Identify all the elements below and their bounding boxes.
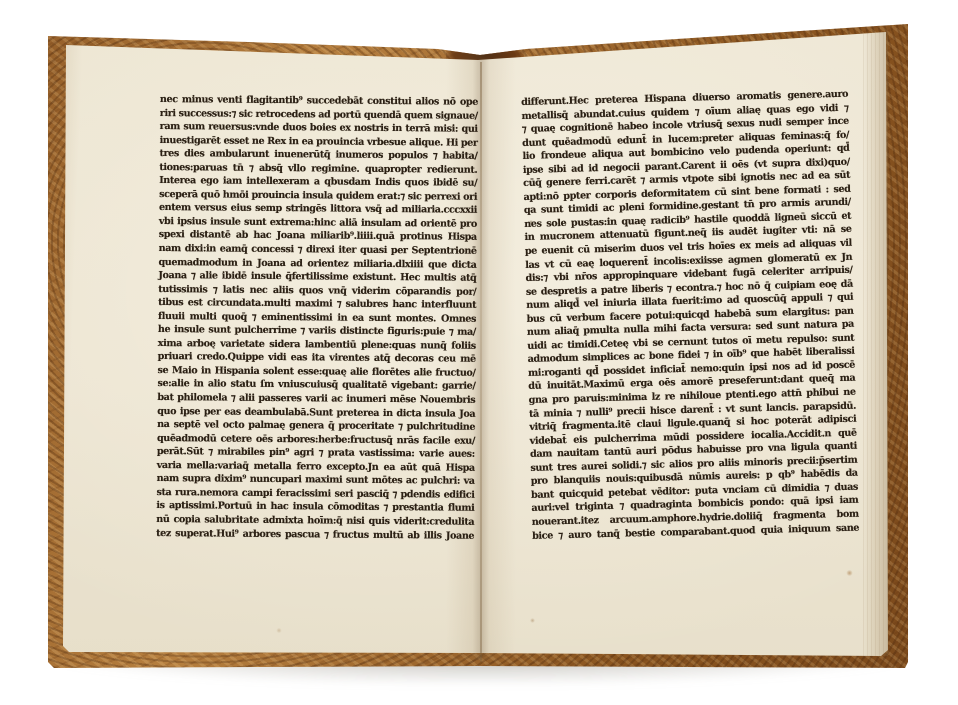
foxing-spot — [920, 352, 925, 357]
open-book: nec minus venti flagitantib⁹ succedebāt … — [48, 22, 908, 668]
text-line: tez superat.Hui⁹ arbores pascua ⁊ fructu… — [156, 526, 474, 542]
foxing-spot — [386, 492, 391, 496]
foxing-spot — [846, 570, 853, 576]
photo-background: nec minus venti flagitantib⁹ succedebāt … — [0, 0, 958, 705]
center-fold-line — [480, 62, 482, 662]
foxing-spot — [529, 220, 533, 224]
foxing-spot — [530, 618, 535, 623]
right-page-text: differunt.Hec preterea Hispana diuerso a… — [521, 88, 859, 543]
fore-edge-leaves — [863, 32, 888, 656]
foxing-spot — [276, 628, 282, 633]
left-page-text: nec minus venti flagitantib⁹ succedebāt … — [156, 93, 478, 543]
